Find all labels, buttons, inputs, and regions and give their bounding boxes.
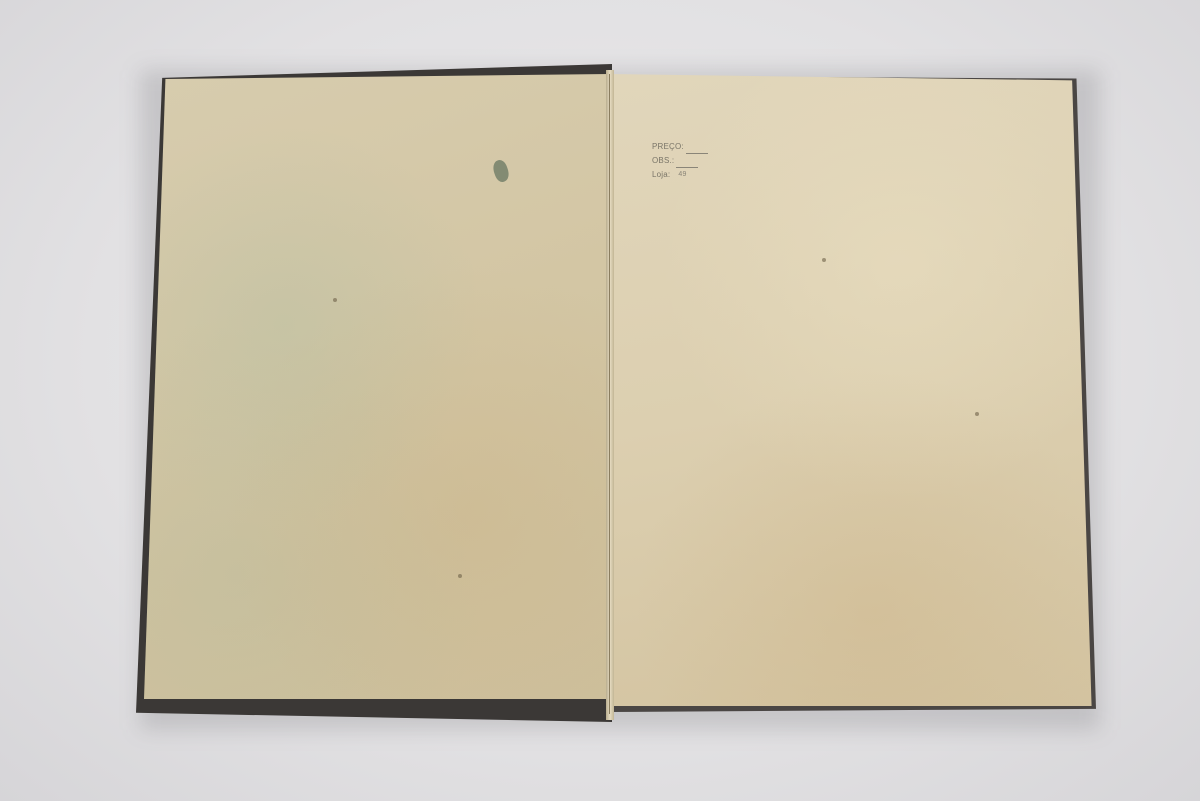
paper-speck xyxy=(975,412,979,416)
obs-line xyxy=(676,159,698,168)
store-row: Loja:49 xyxy=(652,168,712,182)
store-label: Loja: xyxy=(652,168,670,182)
book-gutter xyxy=(606,70,614,720)
paper-speck xyxy=(333,298,337,302)
paper-speck xyxy=(458,574,462,578)
store-note: 49 xyxy=(678,168,686,182)
paper-speck xyxy=(822,258,826,262)
obs-row: OBS.: xyxy=(652,154,712,168)
gutter-fold-line xyxy=(609,74,610,714)
front-endpaper xyxy=(144,74,610,699)
price-stamp-label: PREÇO: OBS.: Loja:49 xyxy=(652,140,712,192)
price-label: PREÇO: xyxy=(652,140,684,154)
price-row: PREÇO: xyxy=(652,140,712,154)
price-line xyxy=(686,145,708,154)
photo-scene: PREÇO: OBS.: Loja:49 xyxy=(0,0,1200,801)
obs-label: OBS.: xyxy=(652,154,674,168)
